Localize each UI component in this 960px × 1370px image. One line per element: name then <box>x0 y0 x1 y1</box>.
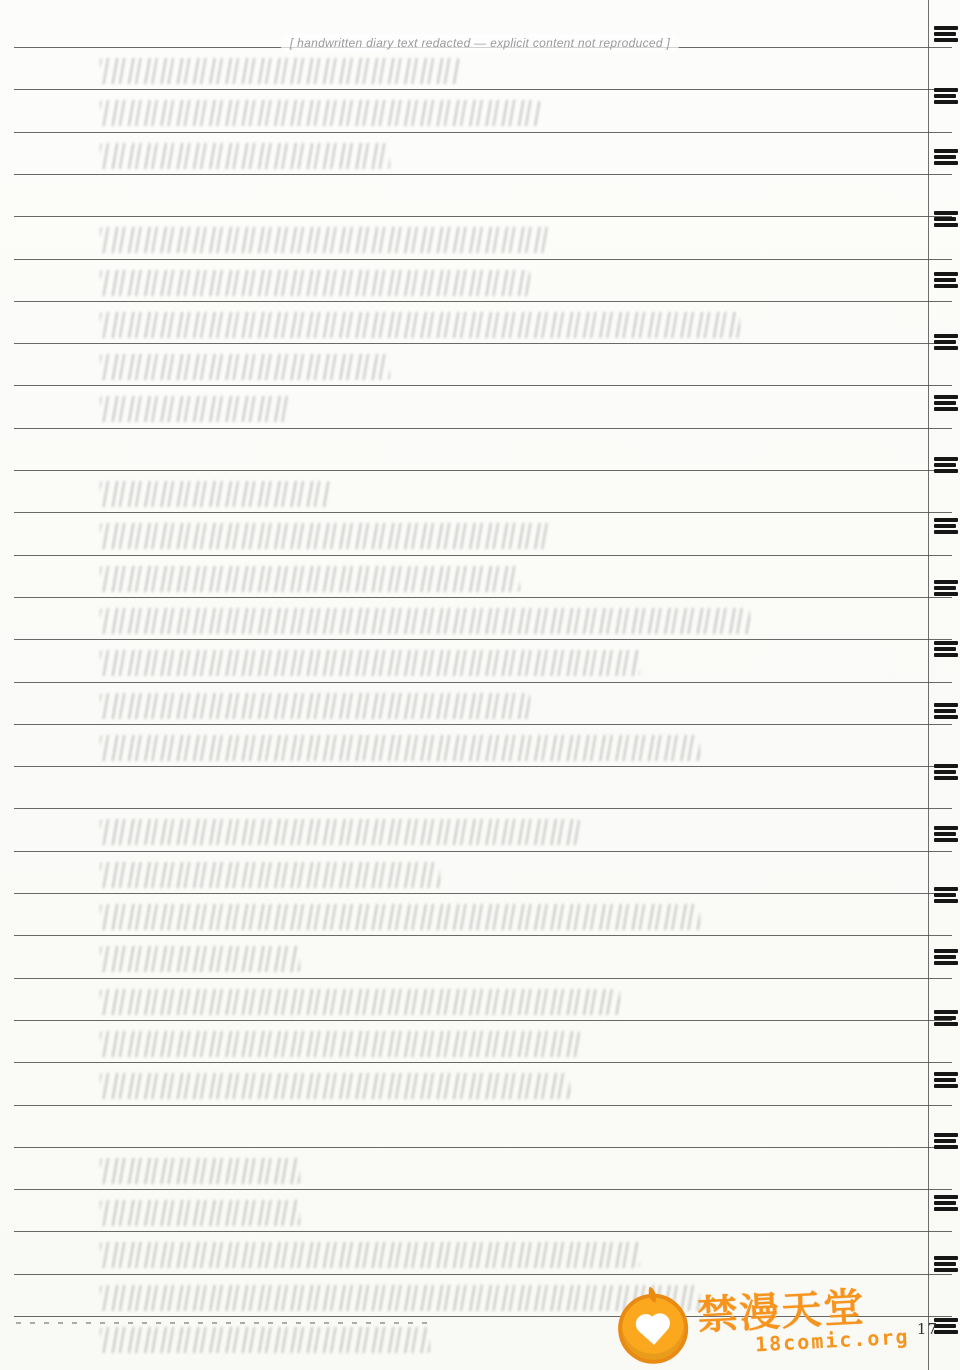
ruled-line <box>14 174 952 175</box>
redacted-handwriting-row <box>100 862 440 888</box>
redacted-handwriting-row <box>100 735 700 761</box>
binder-mark-icon <box>934 887 958 903</box>
ruled-line <box>14 1147 952 1148</box>
ruled-line <box>14 89 952 90</box>
redacted-handwriting-row <box>100 566 520 592</box>
binder-mark-icon <box>934 211 958 227</box>
ruled-line <box>14 1231 952 1232</box>
redacted-handwriting-row <box>100 143 390 169</box>
redacted-handwriting-row <box>100 1200 300 1226</box>
ruled-line <box>14 512 952 513</box>
ruled-line <box>14 1274 952 1275</box>
perforation-dots <box>16 1322 436 1324</box>
binder-mark-icon <box>934 88 958 104</box>
binder-mark-icon <box>934 949 958 965</box>
binder-mark-icon <box>934 1133 958 1149</box>
ruled-line <box>14 808 952 809</box>
ruled-line <box>14 343 952 344</box>
redacted-handwriting-row <box>100 227 550 253</box>
ruled-line <box>14 470 952 471</box>
ruled-line <box>14 893 952 894</box>
ruled-line <box>14 978 952 979</box>
binder-mark-icon <box>934 826 958 842</box>
binder-mark-icon <box>934 641 958 657</box>
binder-mark-icon <box>934 703 958 719</box>
redacted-handwriting-row <box>100 354 390 380</box>
binder-mark-icon <box>934 764 958 780</box>
redacted-handwriting-row <box>100 1158 300 1184</box>
ruled-line <box>14 766 952 767</box>
binder-mark-icon <box>934 26 958 42</box>
binder-mark-icon <box>934 334 958 350</box>
ruled-line <box>14 216 952 217</box>
binder-mark-icon <box>934 149 958 165</box>
redacted-handwriting-row <box>100 396 290 422</box>
binder-mark-icon <box>934 580 958 596</box>
ruled-line <box>14 851 952 852</box>
redacted-handwriting-row <box>100 270 530 296</box>
binder-mark-icon <box>934 1010 958 1026</box>
ruled-line <box>14 935 952 936</box>
binder-mark-icon <box>934 272 958 288</box>
ruled-line <box>14 682 952 683</box>
binder-mark-icon <box>934 457 958 473</box>
ruled-line <box>14 1062 952 1063</box>
redacted-handwriting-row <box>100 1242 640 1268</box>
redacted-handwriting-row <box>100 608 750 634</box>
ruled-line <box>14 1105 952 1106</box>
page-number: 17 <box>917 1320 938 1338</box>
redacted-handwriting-row <box>100 946 300 972</box>
redacted-handwriting-row <box>100 989 620 1015</box>
ruled-line <box>14 385 952 386</box>
scanned-diary-page: [ handwritten diary text redacted — expl… <box>0 0 960 1370</box>
redaction-notice: [ handwritten diary text redacted — expl… <box>280 34 680 52</box>
ruled-line <box>14 639 952 640</box>
redacted-handwriting-row <box>100 1031 580 1057</box>
heart-icon <box>639 1317 667 1345</box>
ruled-line <box>14 555 952 556</box>
ruled-line <box>14 301 952 302</box>
ruled-line <box>14 1189 952 1190</box>
redacted-handwriting-row <box>100 650 640 676</box>
binder-mark-icon <box>934 518 958 534</box>
binding-rule <box>928 0 929 1370</box>
redacted-handwriting-row <box>100 1285 700 1311</box>
redacted-handwriting-row <box>100 819 580 845</box>
ruled-line <box>14 597 952 598</box>
ruled-line <box>14 724 952 725</box>
ruled-line <box>14 132 952 133</box>
redacted-handwriting-row <box>100 58 460 84</box>
ruled-line <box>14 1020 952 1021</box>
binder-mark-icon <box>934 1195 958 1211</box>
binder-mark-icon <box>934 1256 958 1272</box>
redacted-handwriting-row <box>100 1073 570 1099</box>
redacted-handwriting-row <box>100 1327 430 1353</box>
heart-in-circle-icon <box>616 1292 690 1366</box>
redacted-handwriting-row <box>100 481 330 507</box>
redacted-handwriting-row <box>100 312 740 338</box>
redacted-handwriting-row <box>100 693 530 719</box>
redacted-handwriting-row <box>100 100 540 126</box>
redacted-handwriting-row <box>100 904 700 930</box>
redacted-handwriting-row <box>100 523 550 549</box>
binder-mark-icon <box>934 395 958 411</box>
binder-mark-icon <box>934 1072 958 1088</box>
ruled-line <box>14 428 952 429</box>
site-watermark: 禁漫天堂 18comic.org <box>616 1280 910 1365</box>
ruled-line <box>14 259 952 260</box>
